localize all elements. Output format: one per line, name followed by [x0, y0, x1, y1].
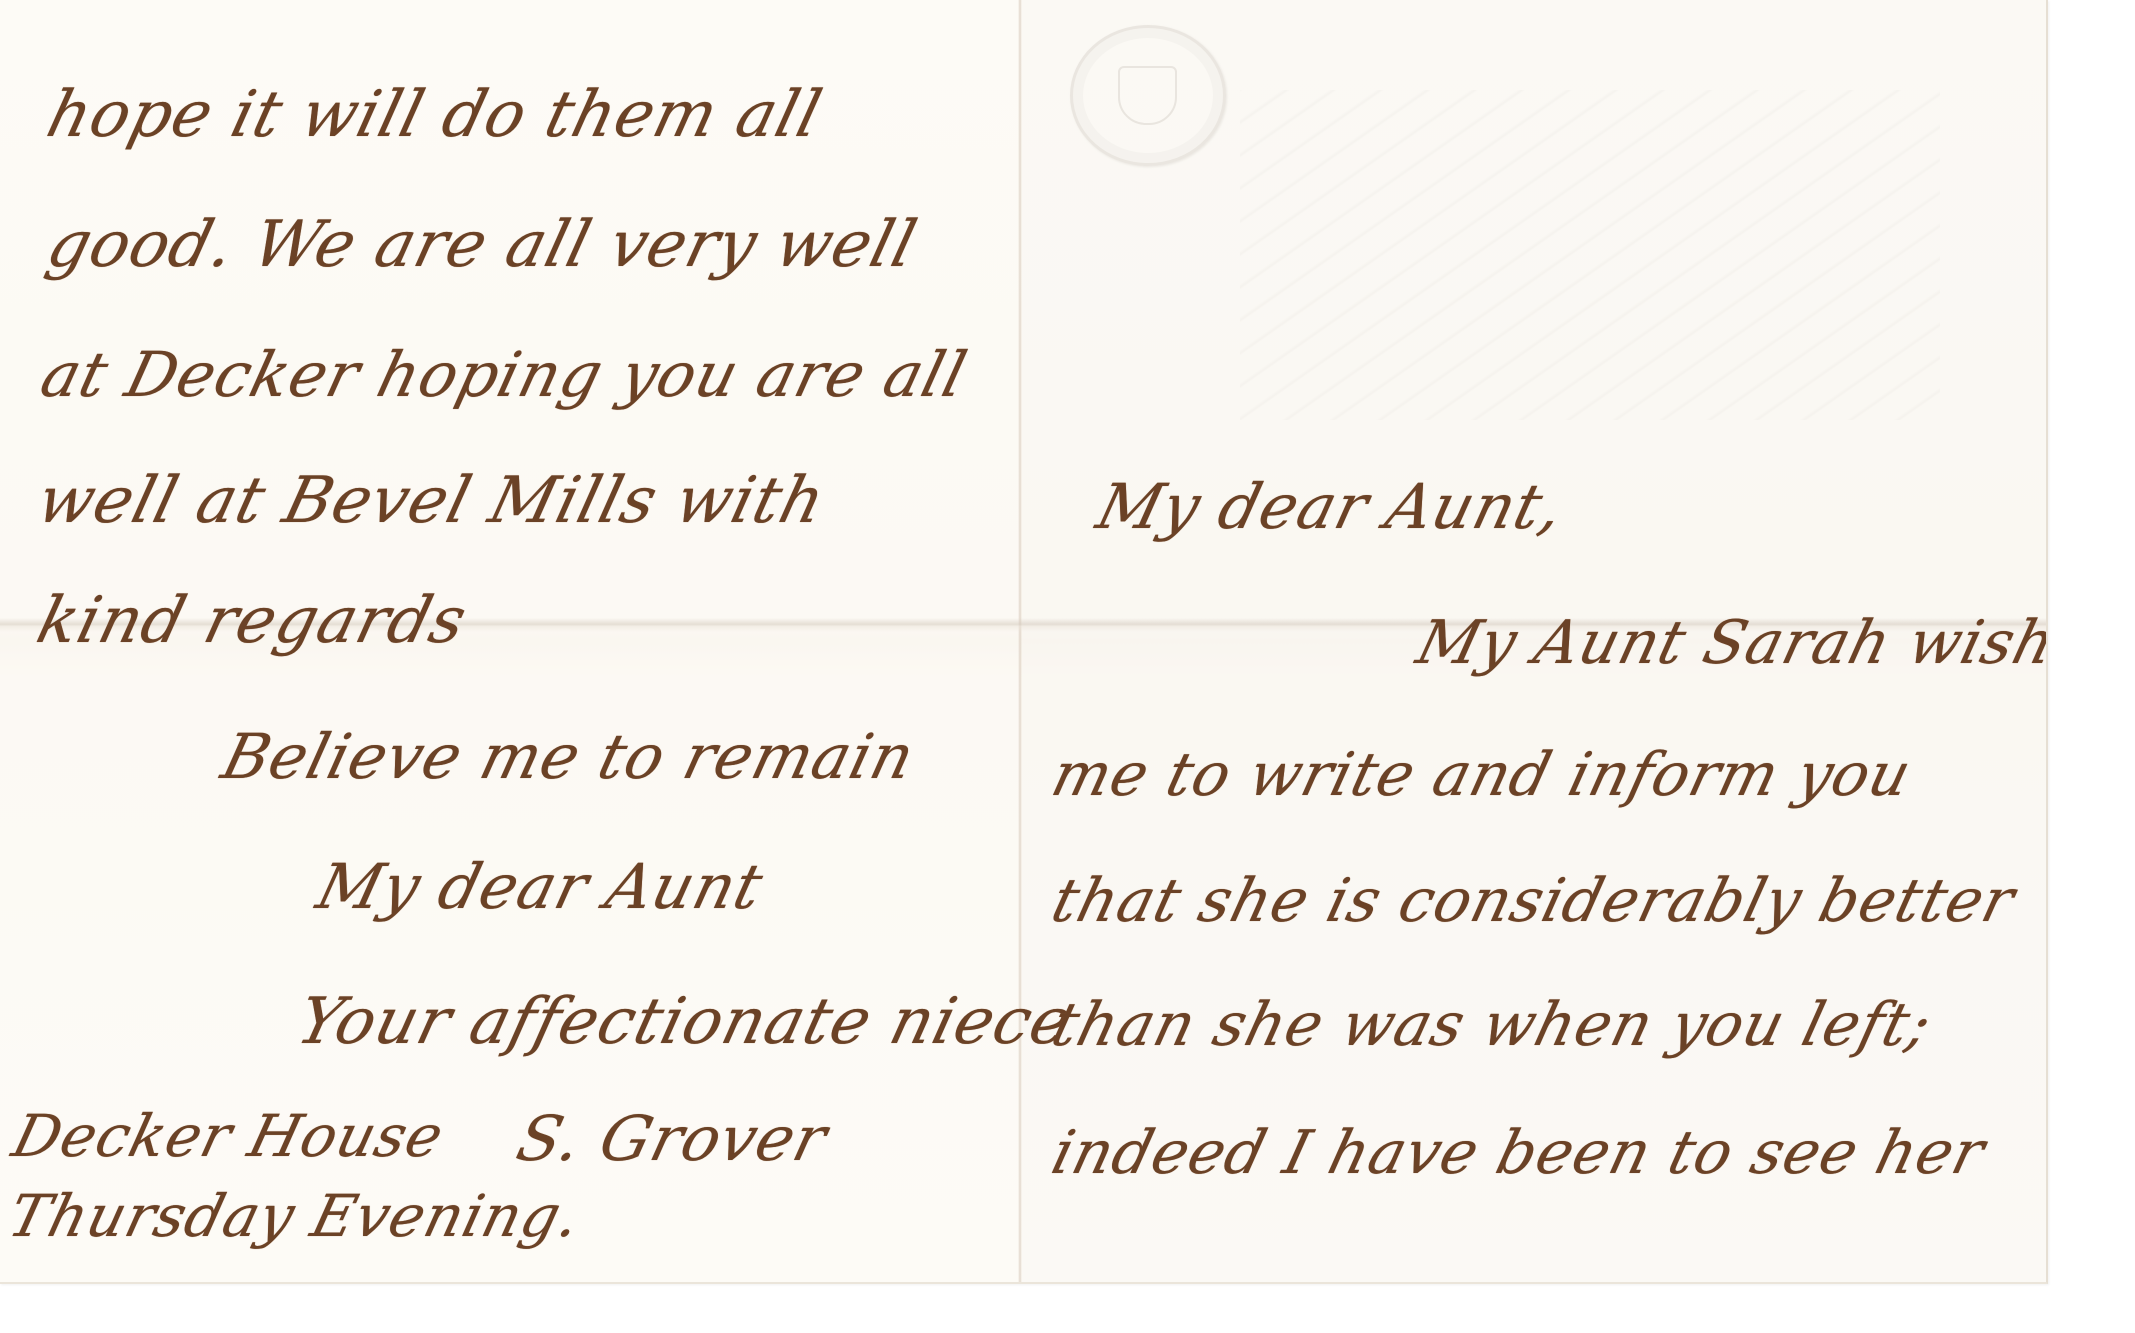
- signature: S. Grover: [510, 1102, 835, 1175]
- closing-valediction: Your affectionate niece: [290, 985, 1079, 1059]
- left-line-3: at Decker hoping you are all: [34, 338, 974, 411]
- seal-shield-icon: [1118, 66, 1177, 125]
- letter-paper: hope it will do them all good. We are al…: [0, 0, 2048, 1284]
- left-line-5: kind regards: [30, 584, 474, 658]
- right-line-1: My Aunt Sarah wishes: [1410, 608, 2048, 678]
- vertical-fold-line: [1018, 0, 1022, 1282]
- left-line-1: hope it will do them all: [40, 78, 829, 152]
- embossed-seal-icon: [1070, 25, 1226, 166]
- closing-believe: Believe me to remain: [215, 720, 922, 793]
- left-line-2: good. We are all very well: [40, 208, 924, 282]
- address-place: Decker House: [6, 1102, 451, 1170]
- left-line-4: well at Bevel Mills with: [30, 464, 833, 538]
- right-line-3: that she is considerably better: [1045, 866, 2022, 936]
- right-line-4: than she was when you left;: [1045, 990, 1939, 1060]
- letter-scan: hope it will do them all good. We are al…: [0, 0, 2135, 1333]
- show-through-writing: [1240, 90, 1940, 420]
- address-day: Thursday Evening.: [2, 1182, 588, 1250]
- right-line-5: indeed I have been to see her: [1045, 1118, 1992, 1188]
- right-line-2: me to write and inform you: [1045, 740, 1919, 810]
- right-greeting: My dear Aunt,: [1090, 470, 1571, 543]
- closing-salutation: My dear Aunt: [310, 850, 771, 923]
